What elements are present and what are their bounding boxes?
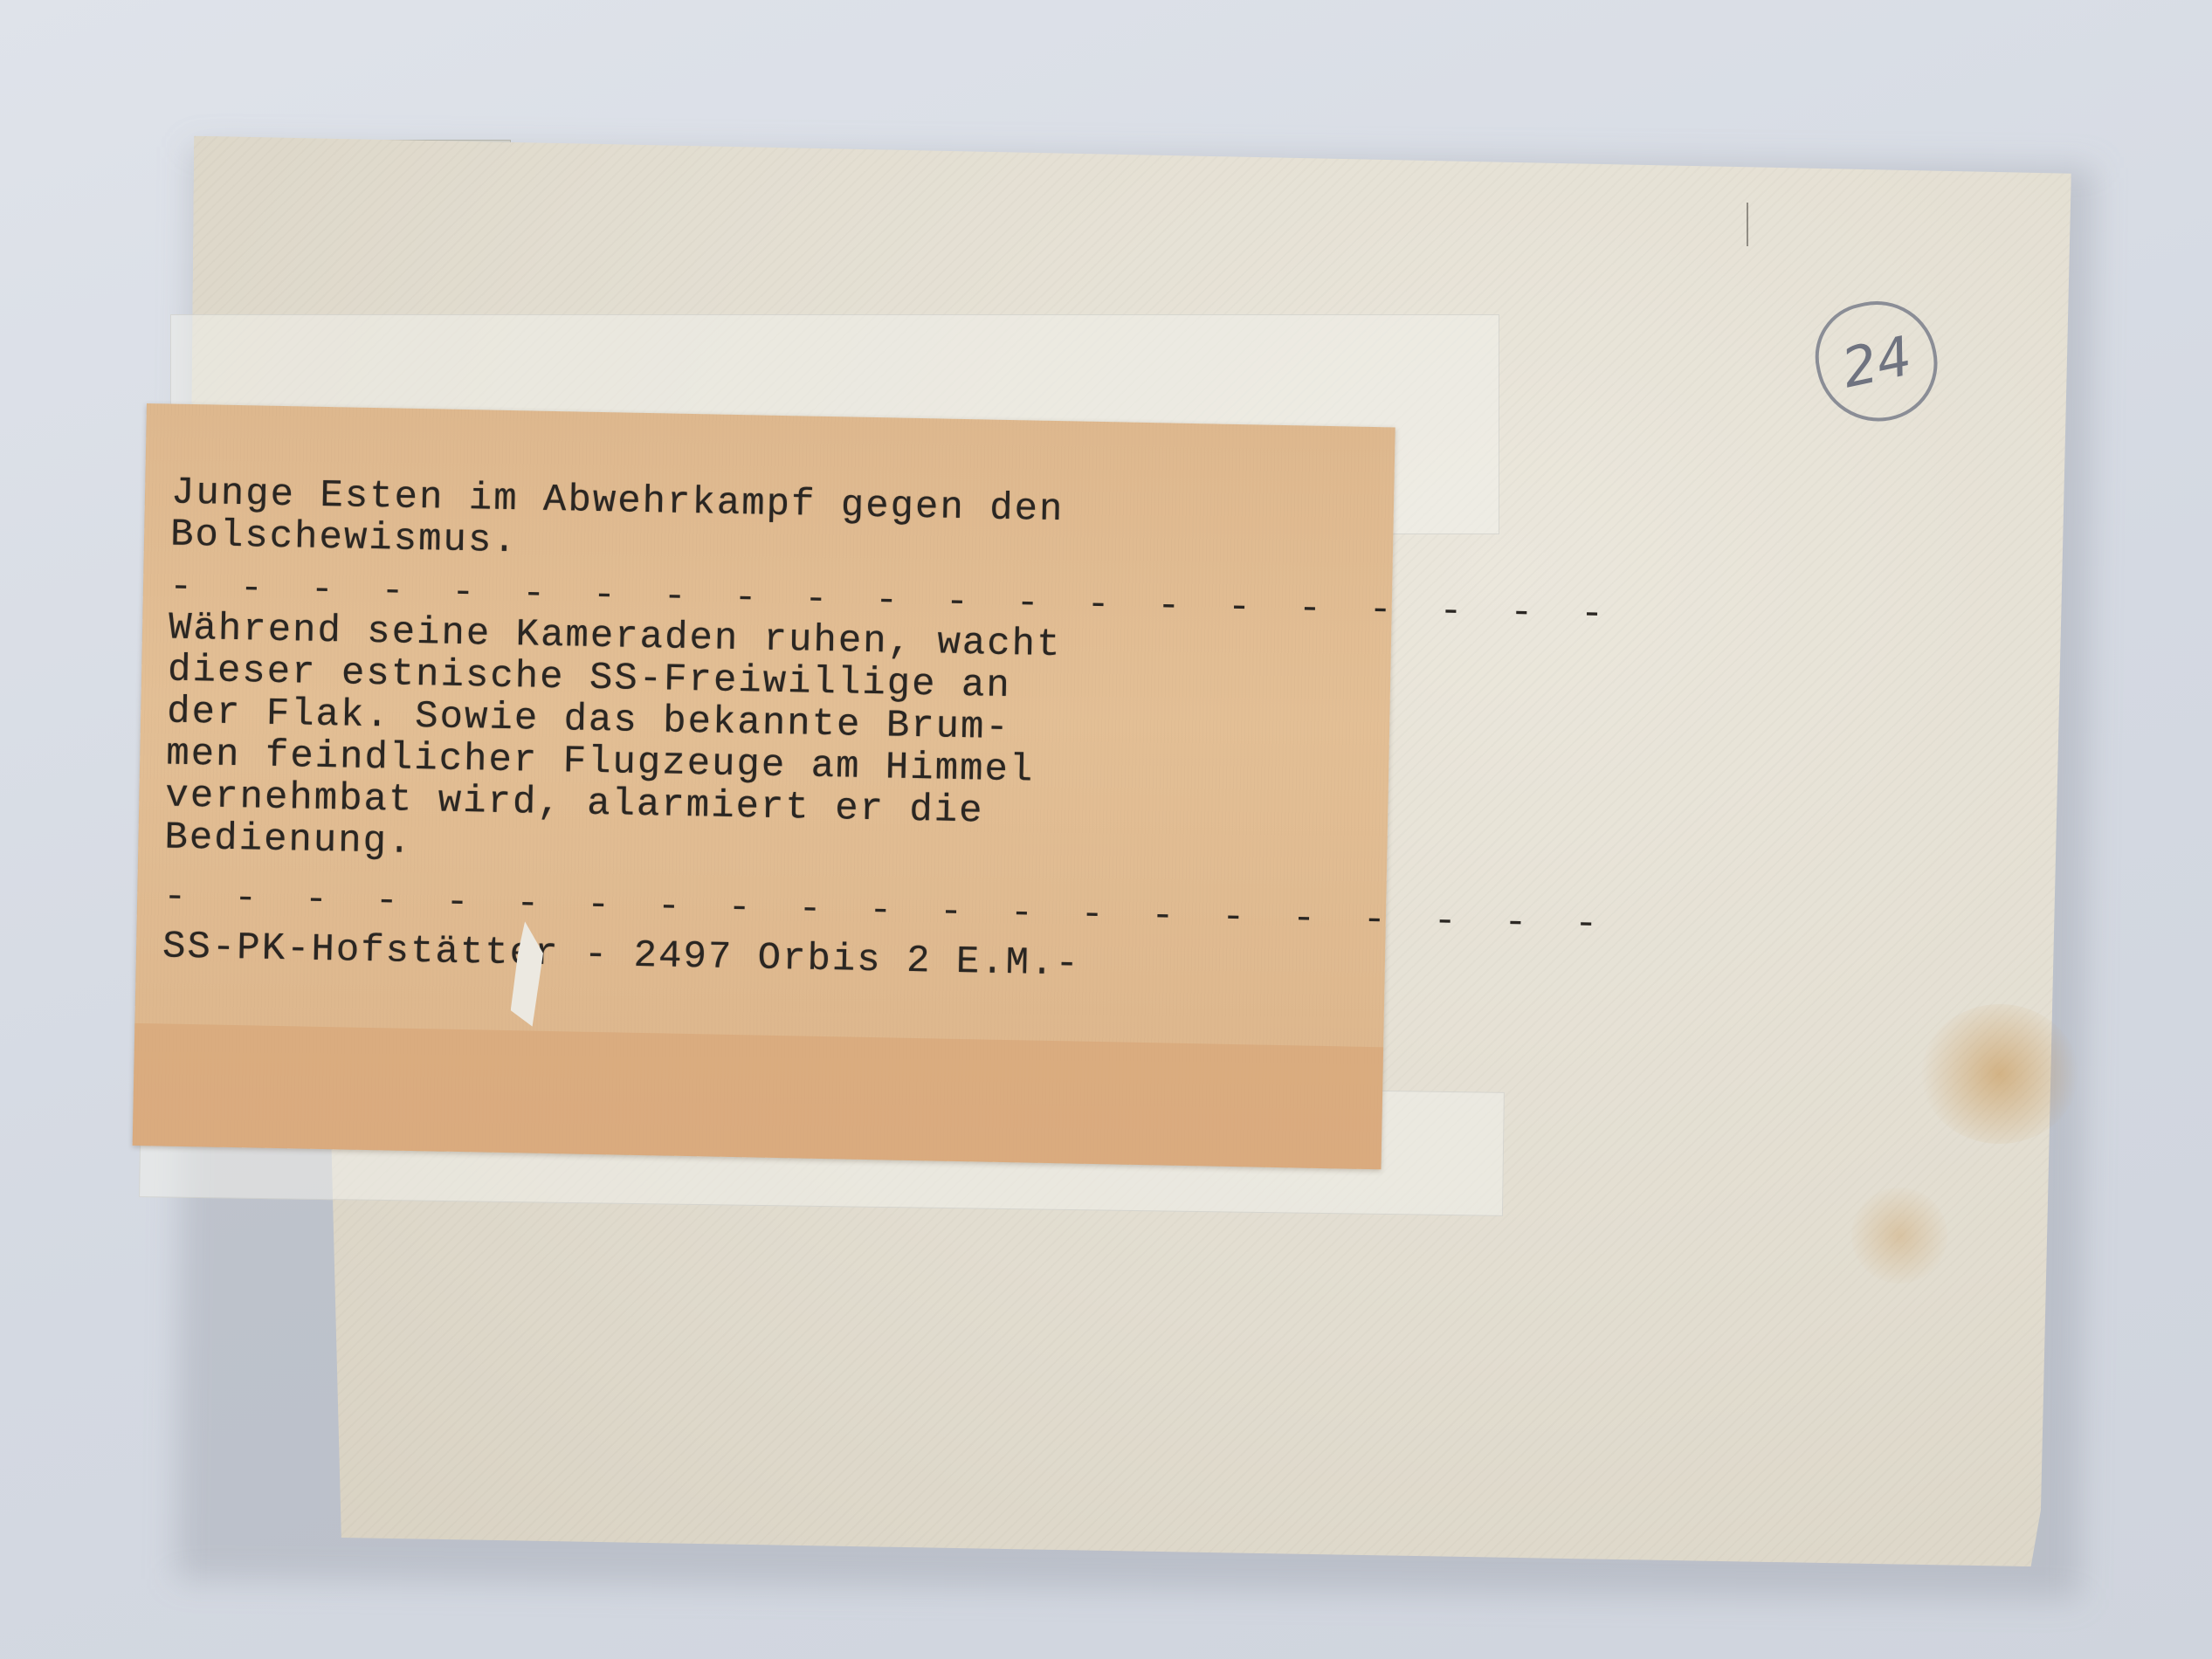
water-stain <box>1851 1187 1947 1284</box>
label-lower-band <box>133 1023 1383 1169</box>
caption-label: Junge Esten im Abwehrkampf gegen den Bol… <box>133 403 1395 1169</box>
caption-body-line: Bedienung. <box>164 818 413 861</box>
scratch-mark <box>1747 203 1748 246</box>
water-stain <box>1921 1004 2078 1144</box>
caption-title-line: Bolschewismus. <box>170 516 518 561</box>
credit-line: SS-PK-Hofstätter - 2497 Orbis 2 E.M.- <box>162 927 1081 983</box>
